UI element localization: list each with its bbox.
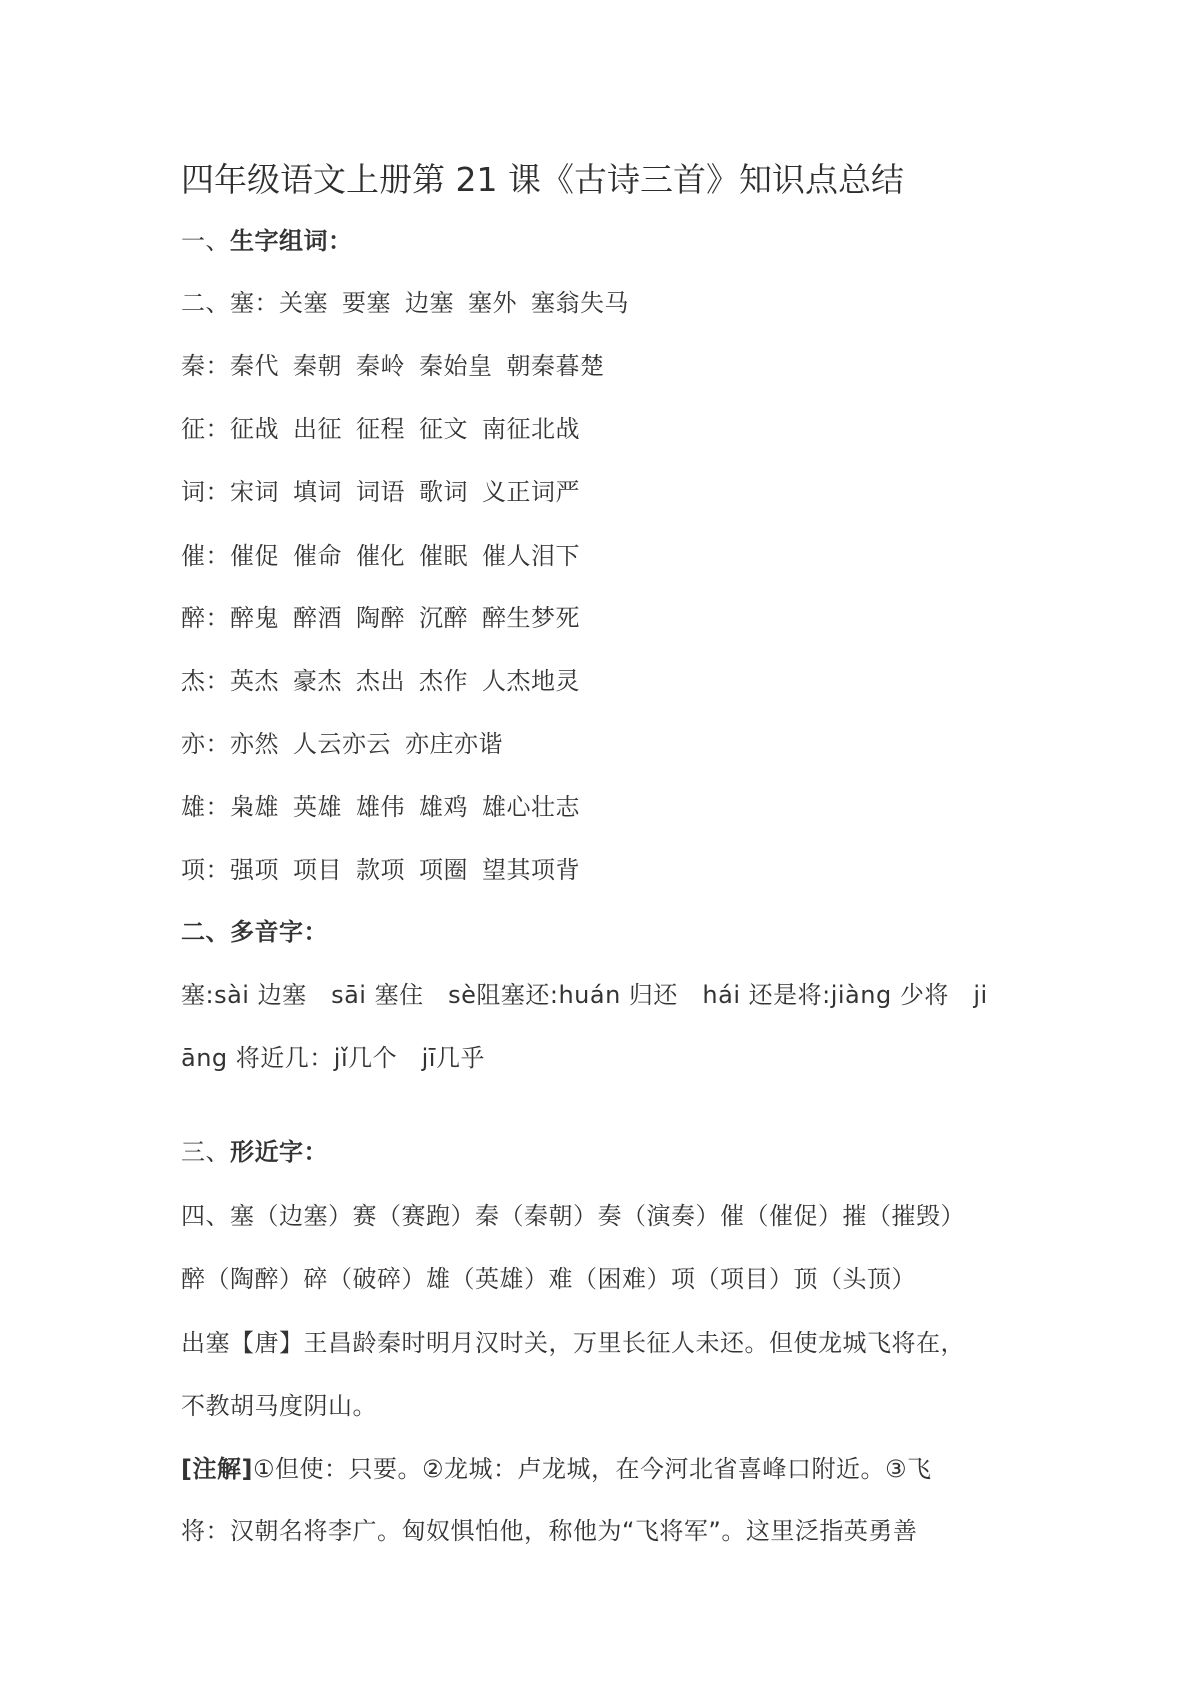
vocab-row: 项：强项项目款项项圈望其项背 — [181, 855, 594, 885]
vocab-head-char: 秦： — [181, 352, 230, 380]
vocab-word: 催命 — [293, 542, 342, 570]
vocab-word: 南征北战 — [482, 415, 580, 443]
vocab-word: 英杰 — [230, 667, 279, 695]
section-label: 形近字： — [230, 1138, 328, 1166]
vocab-row: 杰：英杰豪杰杰出杰作人杰地灵 — [181, 666, 594, 696]
vocab-word: 枭雄 — [230, 793, 279, 821]
vocab-head-char: 征： — [181, 415, 230, 443]
vocab-word: 征文 — [419, 415, 468, 443]
vocab-row: 秦：秦代秦朝秦岭秦始皇朝秦暮楚 — [181, 351, 619, 381]
vocab-head-char: 亦： — [181, 730, 230, 758]
vocab-row: 词：宋词填词词语歌词义正词严 — [181, 477, 594, 507]
vocab-word: 催促 — [230, 542, 279, 570]
vocab-head-char: 项： — [181, 856, 230, 884]
vocab-word: 义正词严 — [482, 478, 580, 506]
vocab-word: 秦岭 — [356, 352, 405, 380]
polyphone-line: 塞:sài 边塞 sāi 塞住 sè阻塞还:huán 归还 hái 还是将:ji… — [181, 980, 988, 1010]
notes-label: [注解] — [181, 1455, 253, 1483]
vocab-word: 词语 — [356, 478, 405, 506]
vocab-word: 催人泪下 — [482, 542, 580, 570]
vocab-head-char: 催： — [181, 542, 230, 570]
polyphone-line: āng 将近几：jǐ几个 jī几乎 — [181, 1043, 485, 1073]
vocab-row: 亦：亦然人云亦云亦庄亦谐 — [181, 729, 517, 759]
vocab-word: 人云亦云 — [293, 730, 391, 758]
vocab-head-char: 二、塞： — [181, 289, 279, 317]
vocab-word: 秦朝 — [293, 352, 342, 380]
vocab-row: 征：征战出征征程征文南征北战 — [181, 414, 594, 444]
vocab-word: 款项 — [356, 856, 405, 884]
notes-line: [注解]①但使：只要。②龙城：卢龙城，在今河北省喜峰口附近。③飞 — [181, 1454, 931, 1484]
vocab-head-char: 杰： — [181, 667, 230, 695]
vocab-row: 醉：醉鬼醉酒陶醉沉醉醉生梦死 — [181, 603, 594, 633]
section-prefix: 一、 — [181, 227, 230, 255]
similar-chars-line: 醉（陶醉）碎（破碎）雄（英雄）难（困难）项（项目）顶（头顶） — [181, 1264, 916, 1294]
vocab-word: 边塞 — [405, 289, 454, 317]
vocab-word: 人杰地灵 — [482, 667, 580, 695]
vocab-word: 宋词 — [230, 478, 279, 506]
vocab-word: 杰出 — [356, 667, 405, 695]
notes-line: 将：汉朝名将李广。匈奴惧怕他，称他为“飞将军”。这里泛指英勇善 — [181, 1516, 917, 1546]
section-heading-polyphone: 二、多音字： — [181, 917, 328, 947]
vocab-word: 关塞 — [279, 289, 328, 317]
vocab-word: 望其项背 — [482, 856, 580, 884]
vocab-word: 雄心壮志 — [482, 793, 580, 821]
vocab-word: 英雄 — [293, 793, 342, 821]
poem-line: 不教胡马度阴山。 — [181, 1391, 377, 1421]
vocab-word: 秦代 — [230, 352, 279, 380]
section-prefix: 三、 — [181, 1138, 230, 1166]
section-heading-similar: 三、形近字： — [181, 1137, 328, 1167]
vocab-row: 催：催促催命催化催眠催人泪下 — [181, 541, 594, 571]
vocab-word: 雄鸡 — [419, 793, 468, 821]
vocab-word: 项圈 — [419, 856, 468, 884]
vocab-word: 催化 — [356, 542, 405, 570]
vocab-word: 雄伟 — [356, 793, 405, 821]
similar-chars-line: 四、塞（边塞）赛（赛跑）秦（秦朝）奏（演奏）催（催促）摧（摧毁） — [181, 1201, 965, 1231]
vocab-word: 亦庄亦谐 — [405, 730, 503, 758]
section-heading-vocab: 一、生字组词： — [181, 226, 353, 256]
vocab-word: 要塞 — [342, 289, 391, 317]
vocab-word: 歌词 — [419, 478, 468, 506]
vocab-word: 征战 — [230, 415, 279, 443]
vocab-word: 出征 — [293, 415, 342, 443]
vocab-head-char: 醉： — [181, 604, 230, 632]
vocab-head-char: 雄： — [181, 793, 230, 821]
vocab-word: 沉醉 — [419, 604, 468, 632]
vocab-word: 醉鬼 — [230, 604, 279, 632]
vocab-row: 二、塞：关塞要塞边塞塞外塞翁失马 — [181, 288, 643, 318]
vocab-word: 填词 — [293, 478, 342, 506]
notes-text: ①但使：只要。②龙城：卢龙城，在今河北省喜峰口附近。③飞 — [253, 1455, 932, 1483]
vocab-word: 项目 — [293, 856, 342, 884]
vocab-word: 征程 — [356, 415, 405, 443]
vocab-word: 亦然 — [230, 730, 279, 758]
vocab-row: 雄：枭雄英雄雄伟雄鸡雄心壮志 — [181, 792, 594, 822]
poem-line: 出塞【唐】王昌龄秦时明月汉时关，万里长征人未还。但使龙城飞将在， — [181, 1328, 965, 1358]
vocab-word: 陶醉 — [356, 604, 405, 632]
vocab-word: 醉生梦死 — [482, 604, 580, 632]
vocab-word: 催眠 — [419, 542, 468, 570]
vocab-word: 塞外 — [468, 289, 517, 317]
vocab-word: 醉酒 — [293, 604, 342, 632]
vocab-head-char: 词： — [181, 478, 230, 506]
vocab-word: 强项 — [230, 856, 279, 884]
vocab-word: 杰作 — [419, 667, 468, 695]
section-label: 生字组词： — [230, 227, 353, 255]
page-title: 四年级语文上册第 21 课《古诗三首》知识点总结 — [181, 160, 904, 200]
vocab-word: 塞翁失马 — [531, 289, 629, 317]
vocab-word: 秦始皇 — [419, 352, 493, 380]
vocab-word: 豪杰 — [293, 667, 342, 695]
vocab-word: 朝秦暮楚 — [507, 352, 605, 380]
